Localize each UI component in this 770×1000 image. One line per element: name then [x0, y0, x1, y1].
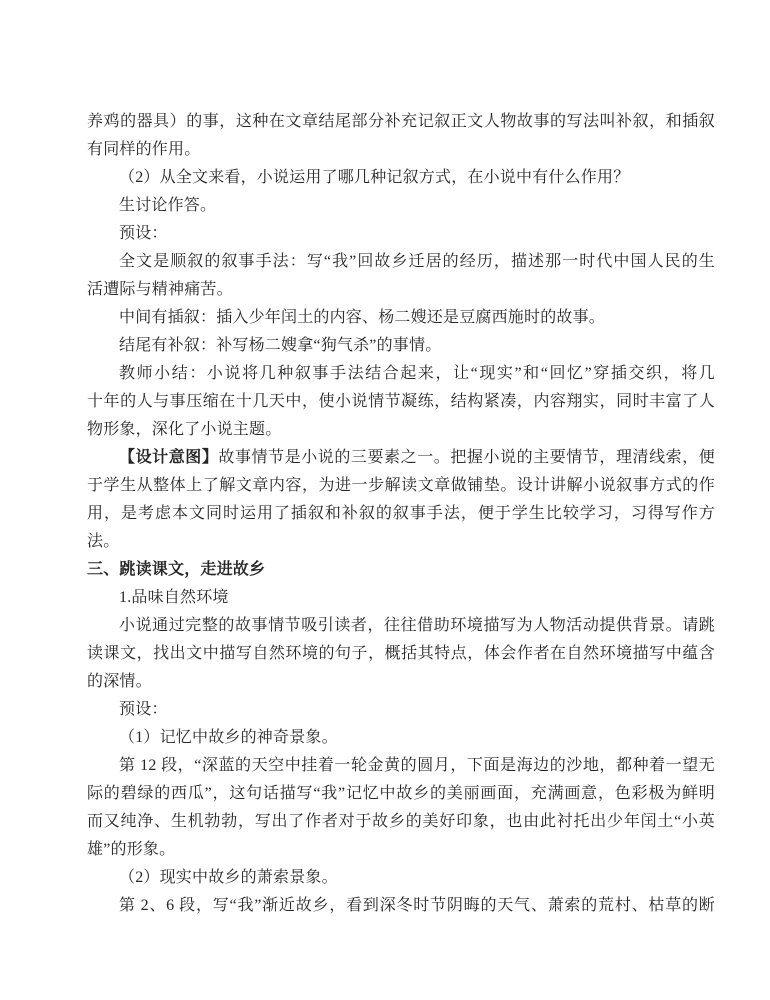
text-line: 养鸡的器具）的事，这种在文章结尾部分补充记叙正文人物故事的写法叫补叙，和插叙: [87, 108, 715, 136]
text-run: 小说通过完整的故事情节吸引读者，往往借助环境描写为人物活动提供背景。请跳: [119, 617, 715, 634]
text-run: 预设：: [119, 701, 168, 718]
text-run: 于学生从整体上了解文章内容，为进一步解读文章做铺垫。设计讲解小说叙事方式的作: [87, 477, 715, 494]
text-run: 生讨论作答。: [119, 197, 216, 214]
text-line: 中间有插叙：插入少年闰土的内容、杨二嫂还是豆腐西施时的故事。: [87, 304, 715, 332]
text-run: 预设：: [119, 225, 168, 242]
text-run: 的深情。: [87, 673, 152, 690]
text-run: 三、跳读课文，走进故乡: [87, 561, 265, 578]
text-line: 1.品味自然环境: [87, 584, 715, 612]
document-page: 养鸡的器具）的事，这种在文章结尾部分补充记叙正文人物故事的写法叫补叙，和插叙有同…: [0, 0, 770, 1000]
text-line: 十年的人与事压缩在十几天中，使小说情节凝练，结构紧凑，内容翔实，同时丰富了人: [87, 388, 715, 416]
text-run: 故事情节是小说的三要素之一。把握小说的主要情节，理清线索，便: [218, 449, 715, 466]
text-line: （2）从全文来看，小说运用了哪几种记叙方式，在小说中有什么作用？: [87, 164, 715, 192]
text-line: 活遭际与精神痛苦。: [87, 276, 715, 304]
text-line: 预设：: [87, 220, 715, 248]
text-run: 第 2、6 段，写“我”渐近故乡，看到深冬时节阴晦的天气、萧索的荒村、枯草的断: [119, 897, 715, 914]
text-run: 十年的人与事压缩在十几天中，使小说情节凝练，结构紧凑，内容翔实，同时丰富了人: [87, 393, 715, 410]
text-line: （2）现实中故乡的萧索景象。: [87, 864, 715, 892]
text-run: 法。: [87, 533, 119, 550]
text-line: 读课文，找出文中描写自然环境的句子，概括其特点，体会作者在自然环境描写中蕴含: [87, 640, 715, 668]
text-line: 法。: [87, 528, 715, 556]
text-line: 结尾有补叙：补写杨二嫂拿“狗气杀”的事情。: [87, 332, 715, 360]
text-run: 读课文，找出文中描写自然环境的句子，概括其特点，体会作者在自然环境描写中蕴含: [87, 645, 715, 662]
text-run: 第 12 段，“深蓝的天空中挂着一轮金黄的圆月，下面是海边的沙地，都种着一望无: [119, 757, 715, 774]
text-run: 全文是顺叙的叙事手法：写“我”回故乡迁居的经历，描述那一时代中国人民的生: [119, 253, 715, 270]
text-run: 教师小结：小说将几种叙事手法结合起来，让“现实”和“回忆”穿插交织，将几: [119, 365, 715, 382]
text-line: 有同样的作用。: [87, 136, 715, 164]
text-run: （2）从全文来看，小说运用了哪几种记叙方式，在小说中有什么作用？: [119, 169, 629, 186]
text-line: 用，是考虑本文同时运用了插叙和补叙的叙事手法，便于学生比较学习，习得写作方: [87, 500, 715, 528]
text-line: 全文是顺叙的叙事手法：写“我”回故乡迁居的经历，描述那一时代中国人民的生: [87, 248, 715, 276]
text-run: 而又纯净、生机勃勃，写出了作者对于故乡的美好印象，也由此衬托出少年闰土“小英: [87, 813, 715, 830]
text-run: 有同样的作用。: [87, 141, 200, 158]
text-line: 【设计意图】故事情节是小说的三要素之一。把握小说的主要情节，理清线索，便: [87, 444, 715, 472]
text-line: 教师小结：小说将几种叙事手法结合起来，让“现实”和“回忆”穿插交织，将几: [87, 360, 715, 388]
text-run: 中间有插叙：插入少年闰土的内容、杨二嫂还是豆腐西施时的故事。: [119, 309, 605, 326]
text-run: （1）记忆中故乡的神奇景象。: [119, 729, 338, 746]
text-run: 雄”的形象。: [87, 841, 175, 858]
text-line: 物形象，深化了小说主题。: [87, 416, 715, 444]
text-line: 预设：: [87, 696, 715, 724]
section-heading: 三、跳读课文，走进故乡: [87, 556, 715, 584]
document-body: 养鸡的器具）的事，这种在文章结尾部分补充记叙正文人物故事的写法叫补叙，和插叙有同…: [87, 108, 715, 920]
text-run: 1.品味自然环境: [119, 589, 229, 606]
text-run: 物形象，深化了小说主题。: [87, 421, 281, 438]
text-line: 生讨论作答。: [87, 192, 715, 220]
text-run: 活遭际与精神痛苦。: [87, 281, 233, 298]
text-run: 用，是考虑本文同时运用了插叙和补叙的叙事手法，便于学生比较学习，习得写作方: [87, 505, 715, 522]
text-run: 【设计意图】: [119, 449, 218, 466]
text-line: 际的碧绿的西瓜”，这句话描写“我”记忆中故乡的美丽画面，充满画意，色彩极为鲜明: [87, 780, 715, 808]
text-line: 于学生从整体上了解文章内容，为进一步解读文章做铺垫。设计讲解小说叙事方式的作: [87, 472, 715, 500]
text-run: 结尾有补叙：补写杨二嫂拿“狗气杀”的事情。: [119, 337, 441, 354]
text-line: 雄”的形象。: [87, 836, 715, 864]
text-line: 第 2、6 段，写“我”渐近故乡，看到深冬时节阴晦的天气、萧索的荒村、枯草的断: [87, 892, 715, 920]
text-line: 而又纯净、生机勃勃，写出了作者对于故乡的美好印象，也由此衬托出少年闰土“小英: [87, 808, 715, 836]
text-run: 养鸡的器具）的事，这种在文章结尾部分补充记叙正文人物故事的写法叫补叙，和插叙: [87, 113, 715, 130]
text-run: 际的碧绿的西瓜”，这句话描写“我”记忆中故乡的美丽画面，充满画意，色彩极为鲜明: [87, 785, 715, 802]
text-line: 小说通过完整的故事情节吸引读者，往往借助环境描写为人物活动提供背景。请跳: [87, 612, 715, 640]
text-line: 第 12 段，“深蓝的天空中挂着一轮金黄的圆月，下面是海边的沙地，都种着一望无: [87, 752, 715, 780]
text-run: （2）现实中故乡的萧索景象。: [119, 869, 338, 886]
text-line: （1）记忆中故乡的神奇景象。: [87, 724, 715, 752]
text-line: 的深情。: [87, 668, 715, 696]
